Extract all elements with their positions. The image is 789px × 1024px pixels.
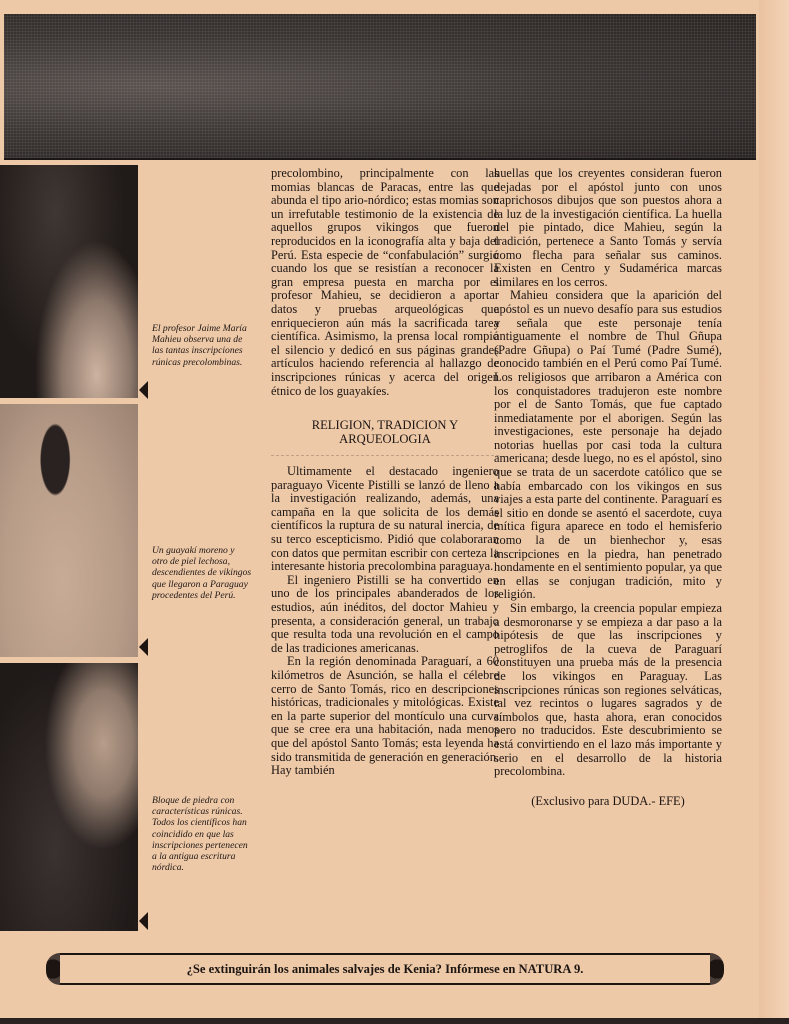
article-column-2: huellas que los creyentes consideran fue… — [494, 167, 722, 808]
footer-ornament-icon — [46, 953, 60, 985]
caption-pointer-icon — [139, 638, 148, 656]
footer-promo-bar: ¿Se extinguirán los animales salvajes de… — [60, 953, 710, 985]
caption-pointer-icon — [139, 381, 148, 399]
article-paragraph: huellas que los creyentes consideran fue… — [494, 167, 722, 289]
article-column-1: precolombino, principalmente con las mom… — [271, 167, 499, 778]
article-paragraph: Sin embargo, la creencia popular empieza… — [494, 602, 722, 779]
section-heading: RELIGION, TRADICION Y ARQUEOLOGIA — [271, 418, 499, 446]
article-credit: (Exclusivo para DUDA.- EFE) — [494, 795, 722, 809]
photo-runic-stone — [0, 663, 138, 931]
caption-pointer-icon — [139, 912, 148, 930]
page-bottom-edge — [0, 1018, 789, 1024]
page-edge — [759, 0, 789, 1024]
photo-caption: Un guayakí moreno y otro de piel lechosa… — [152, 545, 252, 601]
footer-ornament-icon — [710, 953, 724, 985]
article-paragraph: precolombino, principalmente con las mom… — [271, 167, 499, 398]
article-paragraph: Ultimamente el destacado ingeniero parag… — [271, 465, 499, 574]
top-banner-photo — [4, 14, 756, 160]
footer-promo-text: ¿Se extinguirán los animales salvajes de… — [187, 962, 584, 977]
photo-caption: Bloque de piedra con características rún… — [152, 795, 252, 873]
article-paragraph: Mahieu considera que la aparición del ap… — [494, 289, 722, 602]
photo-guayaki-men — [0, 404, 138, 657]
photo-caption: El profesor Jaime María Mahieu observa u… — [152, 323, 252, 368]
article-paragraph: En la región denominada Paraguarí, a 60 … — [271, 655, 499, 777]
article-paragraph: El ingeniero Pistilli se ha convertido e… — [271, 574, 499, 656]
photo-professor-mahieu — [0, 165, 138, 398]
